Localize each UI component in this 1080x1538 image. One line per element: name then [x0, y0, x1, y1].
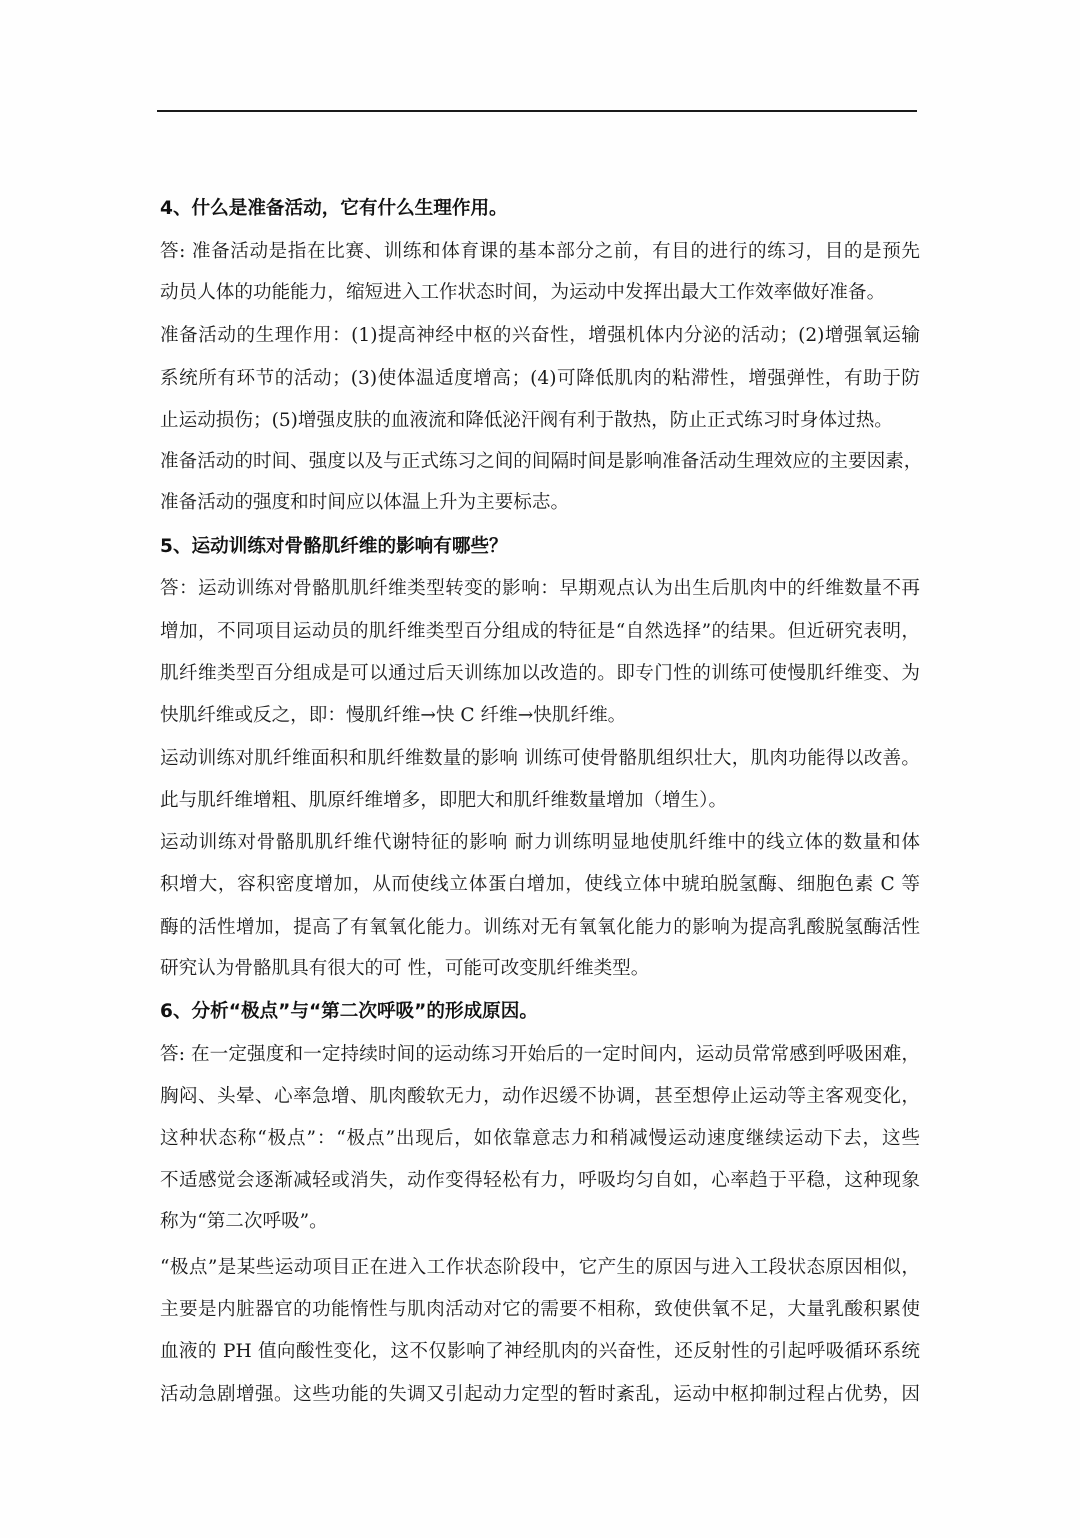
- paragraph-line: 胸闷、头晕、心率急增、肌肉酸软无力，动作迟缓不协调，甚至想停止运动等主客观变化，: [160, 1082, 920, 1112]
- paragraph-line: 血液的 PH 值向酸性变化，这不仅影响了神经肌肉的兴奋性，还反射性的引起呼吸循环…: [160, 1337, 920, 1367]
- paragraph-line: “极点”是某些运动项目正在进入工作状态阶段中，它产生的原因与进入工段状态原因相似…: [160, 1253, 920, 1283]
- paragraph-line: 运动训练对肌纤维面积和肌纤维数量的影响 训练可使骨骼肌组织壮大，肌肉功能得以改善…: [160, 744, 920, 774]
- paragraph-line: 运动训练对骨骼肌肌纤维代谢特征的影响 耐力训练明显地使肌纤维中的线立体的数量和体: [160, 828, 920, 858]
- section-heading-6: 6、分析“极点”与“第二次呼吸”的形成原因。: [160, 997, 920, 1027]
- paragraph-line: 答: 在一定强度和一定持续时间的运动练习开始后的一定时间内，运动员常常感到呼吸困…: [160, 1040, 920, 1070]
- paragraph-line: 止运动损伤；(5)增强皮肤的血液流和降低泌汗阀有利于散热，防止正式练习时身体过热…: [160, 406, 920, 436]
- paragraph-line: 答: 准备活动是指在比赛、训练和体育课的基本部分之前，有目的进行的练习，目的是预…: [160, 237, 920, 267]
- document-page: 4、什么是准备活动，它有什么生理作用。 答: 准备活动是指在比赛、训练和体育课的…: [0, 0, 1080, 1538]
- paragraph-line: 准备活动的时间、强度以及与正式练习之间的间隔时间是影响准备活动生理效应的主要因素…: [160, 447, 920, 477]
- section-heading-4: 4、什么是准备活动，它有什么生理作用。: [160, 194, 920, 224]
- paragraph-line: 动员人体的功能能力，缩短进入工作状态时间，为运动中发挥出最大工作效率做好准备。: [160, 278, 920, 308]
- paragraph-line: 此与肌纤维增粗、肌原纤维增多，即肥大和肌纤维数量增加（增生）。: [160, 786, 920, 816]
- paragraph-line: 酶的活性增加，提高了有氧氧化能力。训练对无有氧氧化能力的影响为提高乳酸脱氢酶活性: [160, 913, 920, 943]
- paragraph-line: 准备活动的强度和时间应以体温上升为主要标志。: [160, 488, 920, 518]
- section-heading-5: 5、运动训练对骨骼肌纤维的影响有哪些？: [160, 532, 920, 562]
- paragraph-line: 答：运动训练对骨骼肌肌纤维类型转变的影响：早期观点认为出生后肌肉中的纤维数量不再: [160, 574, 920, 604]
- paragraph-line: 系统所有环节的活动；(3)使体温适度增高；(4)可降低肌肉的粘滞性，增强弹性，有…: [160, 364, 920, 394]
- paragraph-line: 积增大，容积密度增加，从而使线立体蛋白增加，使线立体中琥珀脱氢酶、细胞色素 C …: [160, 870, 920, 900]
- header-rule: [157, 110, 917, 112]
- paragraph-line: 这种状态称“极点”：“极点”出现后，如依靠意志力和稍减慢运动速度继续运动下去，这…: [160, 1124, 920, 1154]
- paragraph-line: 快肌纤维或反之，即：慢肌纤维→快 C 纤维→快肌纤维。: [160, 701, 920, 731]
- paragraph-line: 研究认为骨骼肌具有很大的可 性，可能可改变肌纤维类型。: [160, 954, 920, 984]
- paragraph-line: 增加，不同项目运动员的肌纤维类型百分组成的特征是“自然选择”的结果。但近研究表明…: [160, 617, 920, 647]
- paragraph-line: 活动急剧增强。这些功能的失调又引起动力定型的暂时紊乱，运动中枢抑制过程占优势，因: [160, 1380, 920, 1410]
- paragraph-line: 肌纤维类型百分组成是可以通过后天训练加以改造的。即专门性的训练可使慢肌纤维变、为: [160, 659, 920, 689]
- paragraph-line: 称为“第二次呼吸”。: [160, 1207, 920, 1237]
- paragraph-line: 准备活动的生理作用：(1)提高神经中枢的兴奋性，增强机体内分泌的活动；(2)增强…: [160, 321, 920, 351]
- paragraph-line: 不适感觉会逐渐减轻或消失，动作变得轻松有力，呼吸均匀自如，心率趋于平稳，这种现象: [160, 1166, 920, 1196]
- paragraph-line: 主要是内脏器官的功能惰性与肌肉活动对它的需要不相称，致使供氧不足，大量乳酸积累使: [160, 1295, 920, 1325]
